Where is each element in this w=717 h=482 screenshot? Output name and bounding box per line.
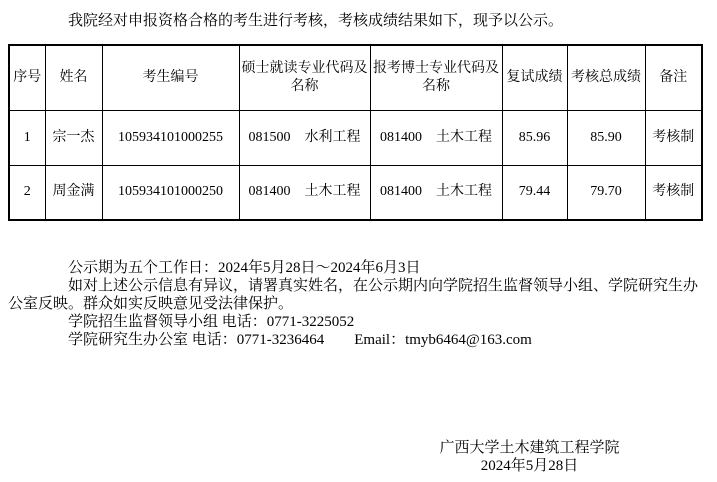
cell-seq: 2 xyxy=(9,165,45,220)
contact-office-line: 学院研究生办公室 电话：0771-3236464 Email：tmyb6464@… xyxy=(8,331,709,349)
table-row: 1 宗一杰 105934101000255 081500 水利工程 081400… xyxy=(9,110,702,165)
table-row: 2 周金满 105934101000250 081400 土木工程 081400… xyxy=(9,165,702,220)
signature-block: 广西大学土木建筑工程学院 2024年5月28日 xyxy=(350,439,709,475)
header-cell-remark: 备注 xyxy=(645,45,702,110)
header-cell-total-score: 考核总成绩 xyxy=(567,45,645,110)
cell-name: 周金满 xyxy=(45,165,102,220)
cell-name: 宗一杰 xyxy=(45,110,102,165)
cell-doctor-major: 081400 土木工程 xyxy=(370,110,502,165)
header-row: 序号 姓名 考生编号 硕士就读专业代码及名称 报考博士专业代码及名称 复试成绩 … xyxy=(9,45,702,110)
header-cell-retest-score: 复试成绩 xyxy=(502,45,567,110)
notice-page: 我院经对申报资格合格的考生进行考核，考核成绩结果如下，现予以公示。 序号 姓名 … xyxy=(0,0,717,482)
cell-doctor-major: 081400 土木工程 xyxy=(370,165,502,220)
cell-remark: 考核制 xyxy=(645,110,702,165)
objection-paragraph: 如对上述公示信息有异议，请署真实姓名，在公示期内向学院招生监督领导小组、学院研究… xyxy=(8,277,709,313)
notes-section: 公示期为五个工作日：2024年5月28日～2024年6月3日 如对上述公示信息有… xyxy=(8,259,709,349)
cell-master-major: 081400 土木工程 xyxy=(239,165,370,220)
cell-candidate-number: 105934101000255 xyxy=(102,110,239,165)
header-cell-seq: 序号 xyxy=(9,45,45,110)
cell-master-major: 081500 水利工程 xyxy=(239,110,370,165)
signature-org: 广西大学土木建筑工程学院 xyxy=(350,439,709,457)
cell-seq: 1 xyxy=(9,110,45,165)
results-table: 序号 姓名 考生编号 硕士就读专业代码及名称 报考博士专业代码及名称 复试成绩 … xyxy=(8,44,703,221)
cell-retest-score: 79.44 xyxy=(502,165,567,220)
cell-retest-score: 85.96 xyxy=(502,110,567,165)
header-cell-doctor-major: 报考博士专业代码及名称 xyxy=(370,45,502,110)
cell-remark: 考核制 xyxy=(645,165,702,220)
cell-candidate-number: 105934101000250 xyxy=(102,165,239,220)
contact-supervision-line: 学院招生监督领导小组 电话：0771-3225052 xyxy=(8,313,709,331)
signature-date: 2024年5月28日 xyxy=(350,457,709,475)
intro-paragraph: 我院经对申报资格合格的考生进行考核，考核成绩结果如下，现予以公示。 xyxy=(8,12,709,30)
header-cell-name: 姓名 xyxy=(45,45,102,110)
header-cell-candidate-number: 考生编号 xyxy=(102,45,239,110)
header-cell-master-major: 硕士就读专业代码及名称 xyxy=(239,45,370,110)
cell-total-score: 85.90 xyxy=(567,110,645,165)
publicity-period-line: 公示期为五个工作日：2024年5月28日～2024年6月3日 xyxy=(8,259,709,277)
cell-total-score: 79.70 xyxy=(567,165,645,220)
